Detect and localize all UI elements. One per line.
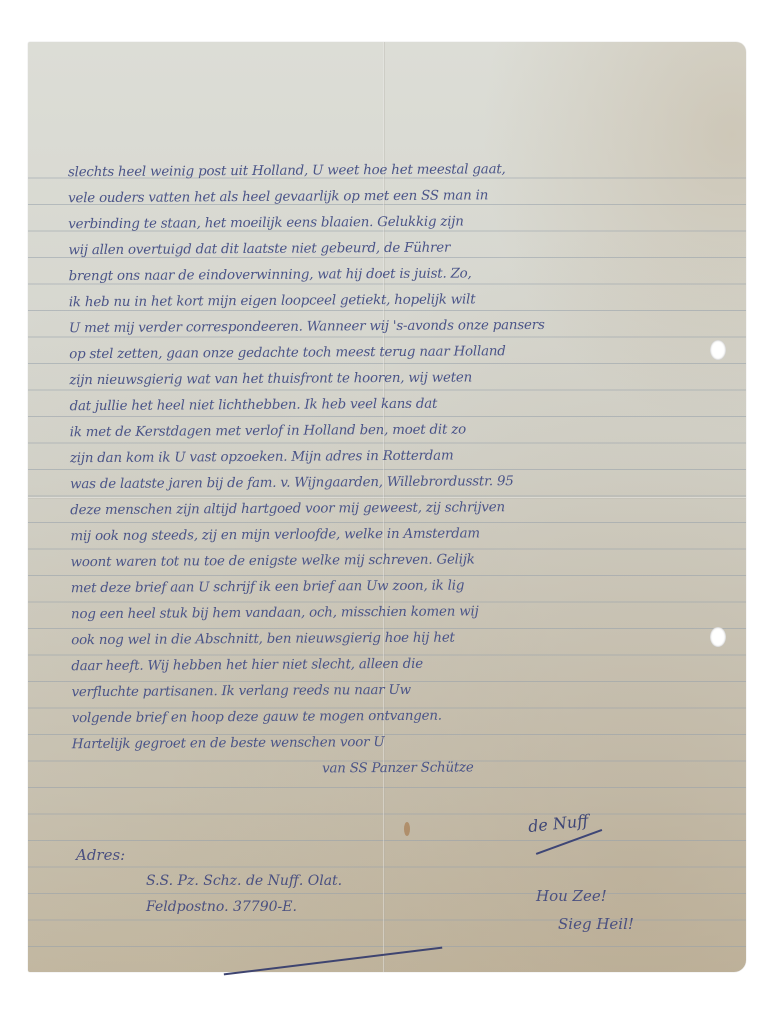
address-line-unit: S.S. Pz. Schz. de Nuff. Olat. [76,868,342,894]
address-line-feldpost: Feldpostno. 37790-E. [76,894,342,920]
greeting-line-2: Sieg Heil! [536,910,634,938]
greeting-line-1: Hou Zee! [536,882,634,910]
punch-hole-lower [710,627,726,647]
closing-greetings: Hou Zee! Sieg Heil! [536,882,634,938]
closing-line: van SS Panzer Schütze [72,754,712,784]
sender-address: Adres: S.S. Pz. Schz. de Nuff. Olat. Fel… [76,842,342,920]
letter-paper: slechts heel weinig post uit Holland, U … [28,42,746,972]
punch-hole-upper [710,340,726,360]
letter-body: slechts heel weinig post uit Holland, U … [68,156,712,784]
rust-stain [404,822,410,836]
address-label: Adres: [76,842,342,868]
